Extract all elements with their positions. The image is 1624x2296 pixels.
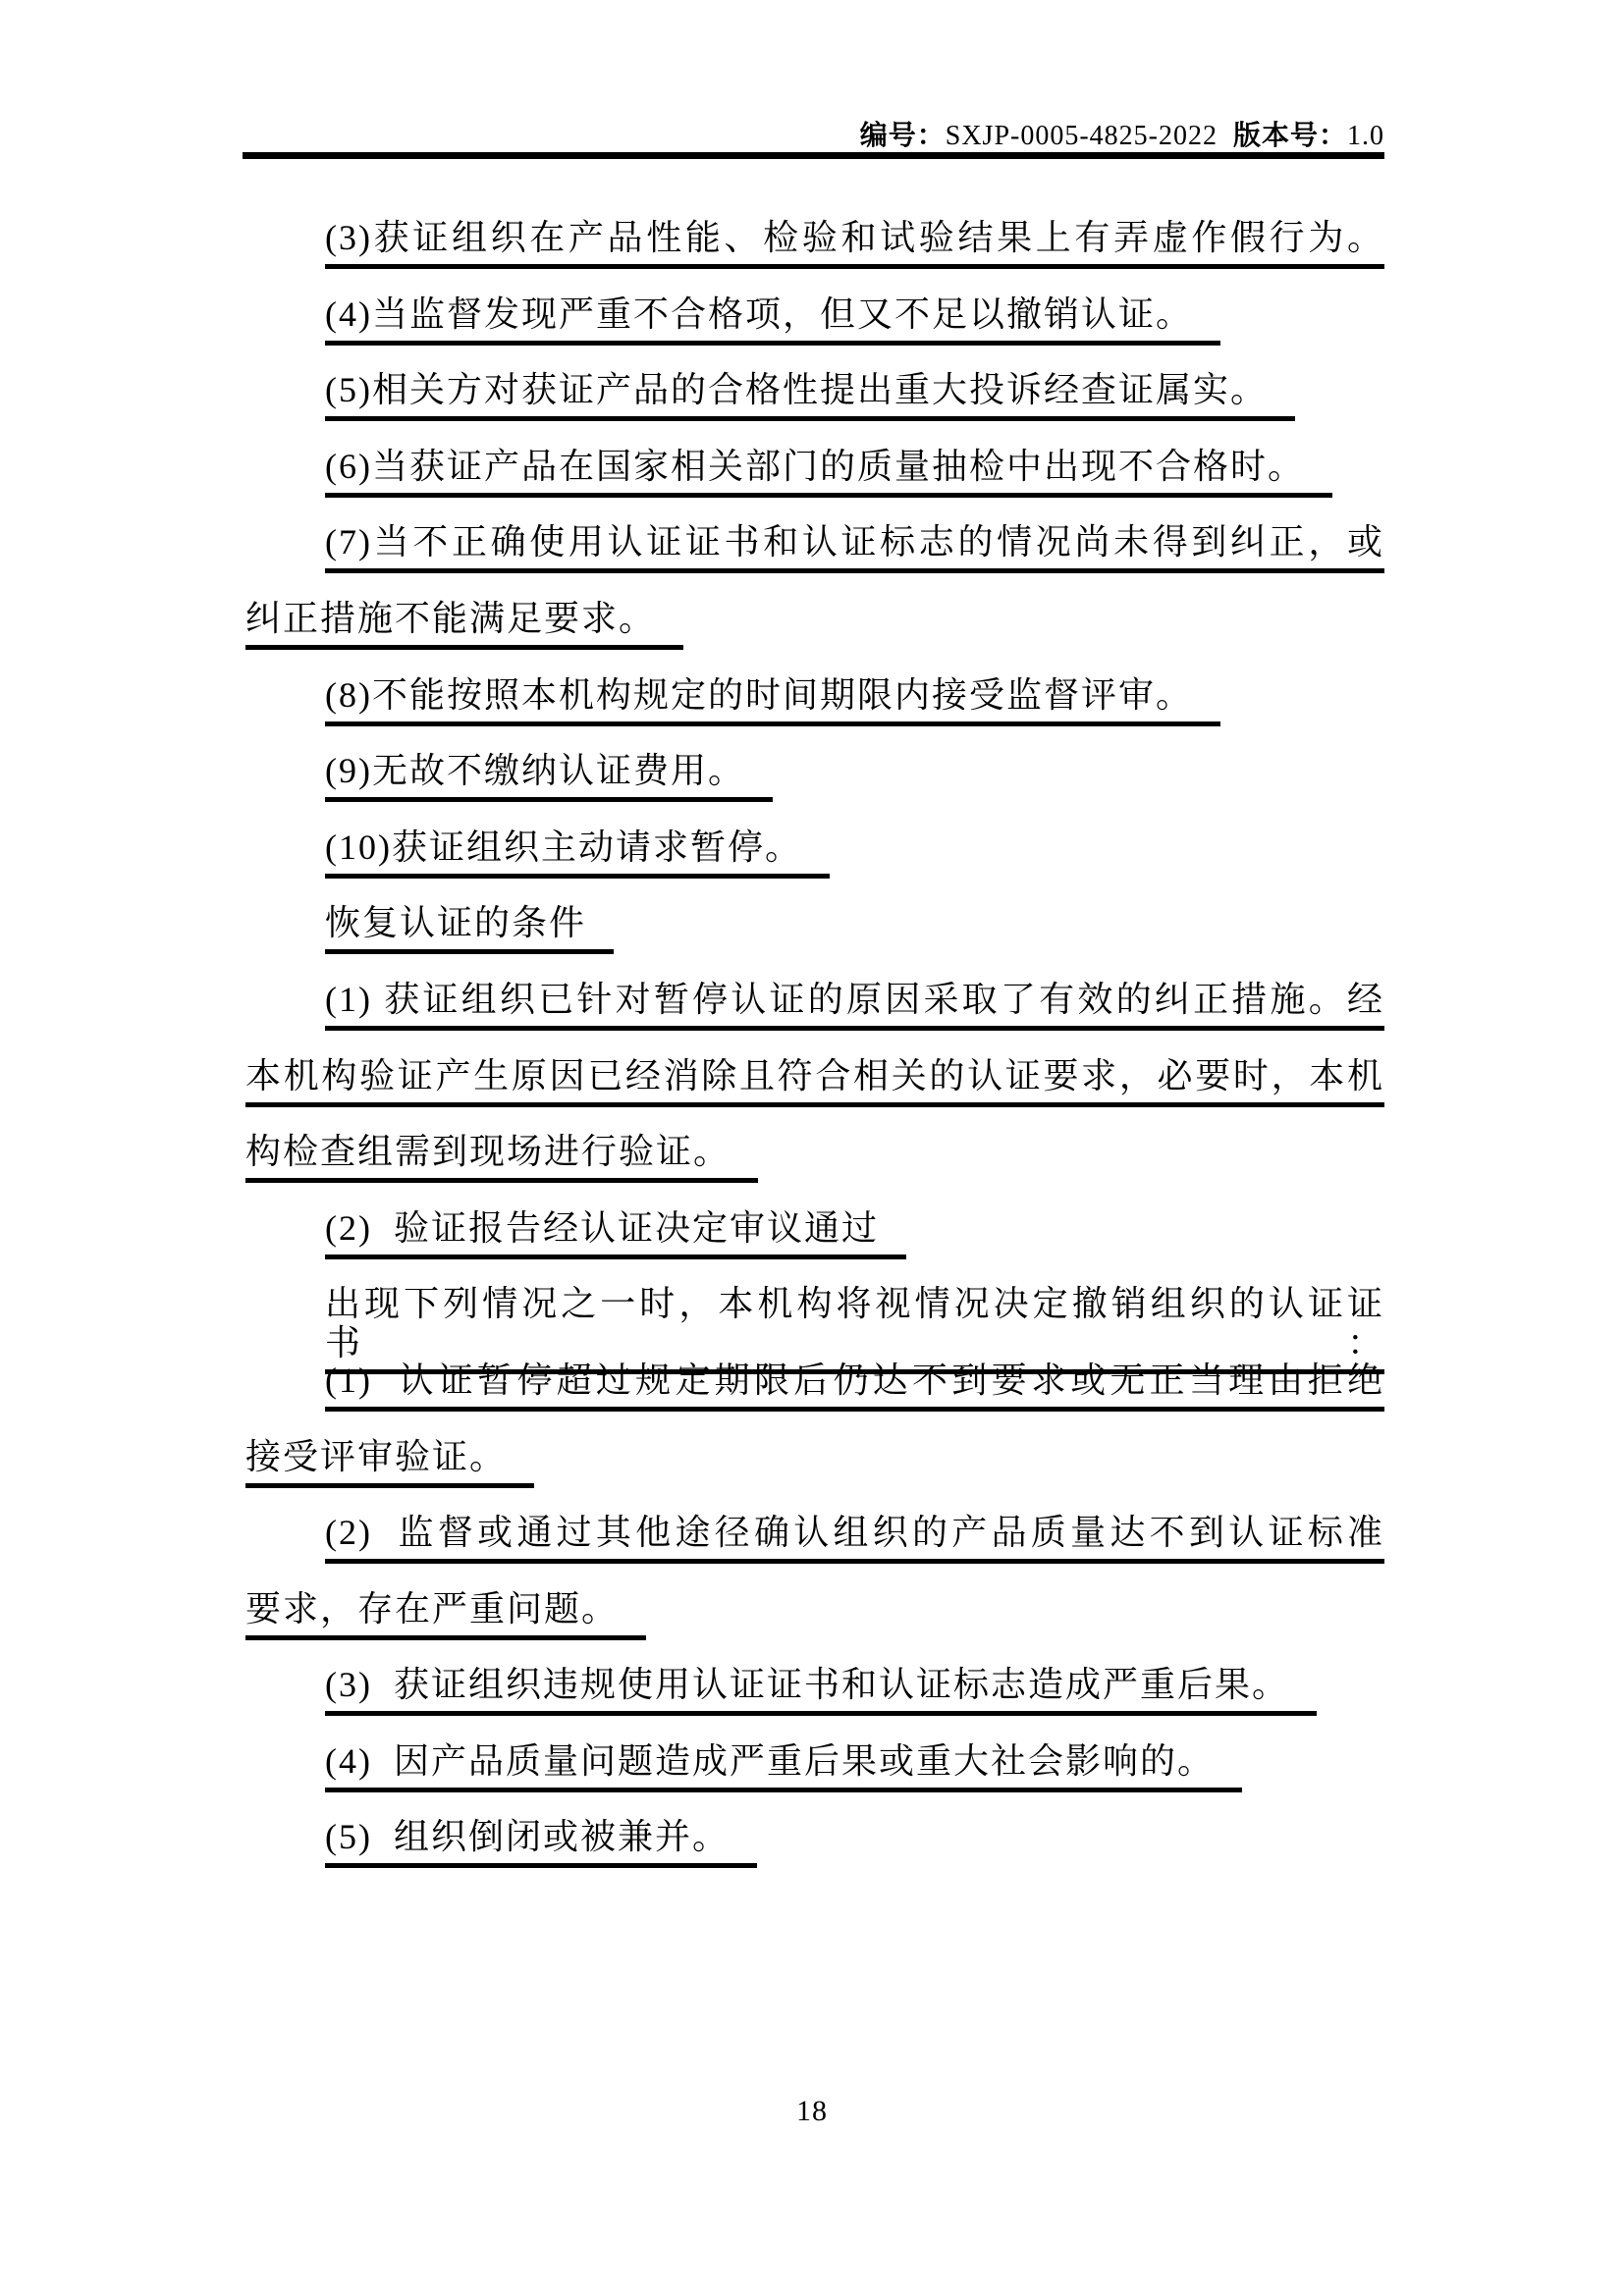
doc-version-label: 版本号： [1233, 121, 1347, 151]
document-line: (4) 因产品质量问题造成严重后果或重大社会影响的。 [245, 1741, 1384, 1818]
document-line: (2) 监督或通过其他途径确认组织的产品质量达不到认证标准 [245, 1513, 1384, 1589]
line-text: (4) 因产品质量问题造成严重后果或重大社会影响的。 [325, 1741, 1242, 1792]
document-line: (3)获证组织在产品性能、检验和试验结果上有弄虚作假行为。 [245, 218, 1384, 294]
document-line: (7)当不正确使用认证证书和认证标志的情况尚未得到纠正，或 [245, 522, 1384, 599]
document-line: (10)获证组织主动请求暂停。 [245, 828, 1384, 904]
line-text: (1) 认证暂停超过规定期限后仍达不到要求或无正当理由拒绝 [325, 1361, 1384, 1412]
line-text: (2) 监督或通过其他途径确认组织的产品质量达不到认证标准 [325, 1513, 1384, 1564]
line-text: 要求，存在严重问题。 [245, 1589, 646, 1640]
document-line: (9)无故不缴纳认证费用。 [245, 751, 1384, 828]
doc-version-value: 1.0 [1347, 121, 1384, 151]
line-text: (1) 获证组织已针对暂停认证的原因采取了有效的纠正措施。经 [325, 980, 1384, 1031]
line-text: (2) 验证报告经认证决定审议通过 [325, 1208, 906, 1259]
line-text: 恢复认证的条件 [325, 903, 614, 954]
document-line: 出现下列情况之一时，本机构将视情况决定撤销组织的认证证书： [245, 1284, 1384, 1361]
line-text: (10)获证组织主动请求暂停。 [325, 828, 830, 879]
document-line: 构检查组需到现场进行验证。 [245, 1132, 1384, 1208]
document-line: 纠正措施不能满足要求。 [245, 599, 1384, 675]
line-text: (5)相关方对获证产品的合格性提出重大投诉经查证属实。 [325, 370, 1295, 421]
line-text: (3) 获证组织违规使用认证证书和认证标志造成严重后果。 [325, 1665, 1317, 1716]
line-text: 构检查组需到现场进行验证。 [245, 1132, 758, 1183]
line-text: 纠正措施不能满足要求。 [245, 599, 683, 650]
document-line: (4)当监督发现严重不合格项，但又不足以撤销认证。 [245, 294, 1384, 371]
header-spacer [1218, 121, 1233, 151]
line-text: 接受评审验证。 [245, 1437, 534, 1488]
document-line: (8)不能按照本机构规定的时间期限内接受监督评审。 [245, 675, 1384, 752]
line-text: (8)不能按照本机构规定的时间期限内接受监督评审。 [325, 675, 1220, 726]
document-line: 本机构验证产生原因已经消除且符合相关的认证要求，必要时，本机 [245, 1056, 1384, 1133]
document-header: 编号：SXJP-0005-4825-2022 版本号：1.0 [860, 114, 1384, 153]
line-text: (9)无故不缴纳认证费用。 [325, 751, 773, 802]
line-text: (7)当不正确使用认证证书和认证标志的情况尚未得到纠正，或 [325, 522, 1384, 573]
document-line: (1) 认证暂停超过规定期限后仍达不到要求或无正当理由拒绝 [245, 1361, 1384, 1437]
document-line: (5) 组织倒闭或被兼并。 [245, 1817, 1384, 1894]
line-text: 本机构验证产生原因已经消除且符合相关的认证要求，必要时，本机 [245, 1056, 1384, 1107]
document-line: (5)相关方对获证产品的合格性提出重大投诉经查证属实。 [245, 370, 1384, 447]
document-line: (6)当获证产品在国家相关部门的质量抽检中出现不合格时。 [245, 447, 1384, 523]
document-line: 要求，存在严重问题。 [245, 1589, 1384, 1666]
line-text: (3)获证组织在产品性能、检验和试验结果上有弄虚作假行为。 [325, 218, 1384, 269]
document-body: (3)获证组织在产品性能、检验和试验结果上有弄虚作假行为。 (4)当监督发现严重… [245, 218, 1384, 1894]
header-rule [243, 152, 1384, 159]
line-text: (4)当监督发现严重不合格项，但又不足以撤销认证。 [325, 294, 1220, 346]
document-page: 编号：SXJP-0005-4825-2022 版本号：1.0 (3)获证组织在产… [0, 0, 1624, 2296]
document-line: (3) 获证组织违规使用认证证书和认证标志造成严重后果。 [245, 1665, 1384, 1741]
page-number: 18 [0, 2095, 1624, 2128]
line-text: (5) 组织倒闭或被兼并。 [325, 1817, 757, 1868]
document-line: 接受评审验证。 [245, 1437, 1384, 1514]
document-line: (2) 验证报告经认证决定审议通过 [245, 1208, 1384, 1285]
document-line: 恢复认证的条件 [245, 903, 1384, 980]
doc-number-label: 编号： [860, 121, 946, 151]
line-text: (6)当获证产品在国家相关部门的质量抽检中出现不合格时。 [325, 447, 1332, 498]
doc-number-value: SXJP-0005-4825-2022 [946, 121, 1218, 151]
document-line: (1) 获证组织已针对暂停认证的原因采取了有效的纠正措施。经 [245, 980, 1384, 1056]
